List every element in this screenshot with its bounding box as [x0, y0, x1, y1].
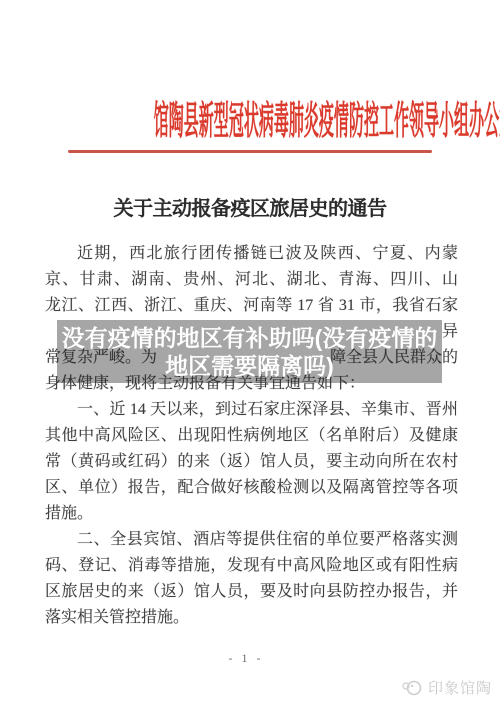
item1-line-2: 其他中高风险区、出现阳性病例地区（名单附后）及健康码异 — [45, 423, 458, 449]
item1-line-1: 一、近 14 天以来，到过石家庄深泽县、辛集市、晋州市、 — [45, 397, 458, 423]
headline-line-1: 没有疫情的地区有补助吗(没有疫情的 — [62, 324, 438, 352]
headline-line-2: 地区需要隔离吗) — [165, 352, 334, 380]
item2-line-2: 码、登记、消毒等措施，发现有中高风险地区或有阳性病例地 — [45, 553, 458, 579]
notice-body: 近期，西北旅行团传播链已波及陕西、宁夏、内蒙古、北 京、甘肃、湖南、贵州、河北、… — [45, 241, 458, 631]
intro-line-1: 近期，西北旅行团传播链已波及陕西、宁夏、内蒙古、北 — [45, 241, 458, 267]
intro-line-2: 京、甘肃、湖南、贵州、河北、湖北、青海、四川、山东、黑 — [45, 267, 458, 293]
letterhead-org-name: 馆陶县新型冠状病毒肺炎疫情防控工作领导小组办公室 — [154, 90, 347, 146]
item2-line-3: 区旅居史的来（返）馆人员，要及时向县防控办报告，并配合 — [45, 579, 458, 605]
notice-title: 关于主动报备疫区旅居史的通告 — [0, 192, 500, 221]
item1-line-3: 常（黄码或红码）的来（返）馆人员，要主动向所在农村（社 — [45, 449, 458, 475]
scanned-notice-page: 馆陶县新型冠状病毒肺炎疫情防控工作领导小组办公室 关于主动报备疫区旅居史的通告 … — [0, 0, 500, 707]
intro-line-3: 龙江、江西、浙江、重庆、河南等 17 省 31 市，我省石家庄 — [45, 293, 458, 319]
headline-overlay-banner: 没有疫情的地区有补助吗(没有疫情的 地区需要隔离吗) — [57, 320, 442, 383]
watermark: 印象馆陶 — [401, 677, 492, 698]
item2-line-1: 二、全县宾馆、酒店等提供住宿的单位要严格落实测温验 — [45, 527, 458, 553]
item2-line-4: 落实相关管控措施。 — [45, 605, 458, 631]
letterhead-divider-line — [68, 150, 432, 153]
page-number: - 1 - — [0, 651, 492, 666]
watermark-label: 印象馆陶 — [428, 677, 492, 698]
watermark-logo-icon — [401, 679, 423, 696]
item1-line-4: 区、单位）报告，配合做好核酸检测以及隔离管控等各项防控 — [45, 475, 458, 501]
item1-line-5: 措施。 — [45, 501, 458, 527]
